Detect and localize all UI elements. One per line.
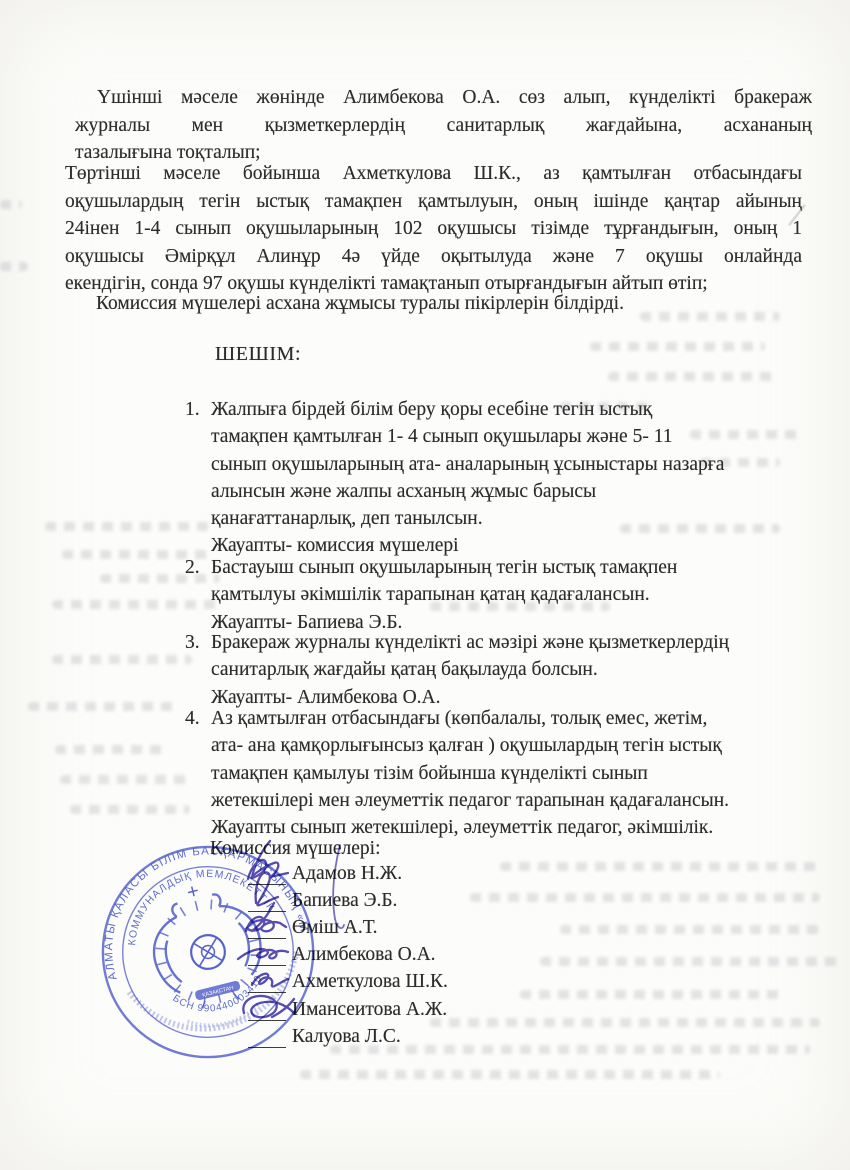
item-number: 4. — [185, 705, 209, 732]
paragraph-fourth-issue: Төртінші мәселе бойынша Ахметкулова Ш.К.… — [65, 160, 802, 298]
item-text: Бастауыш сынып оқушыларының тегін ыстық … — [211, 554, 775, 609]
bleed-through-smudge — [470, 893, 820, 902]
bleed-through-smudge — [55, 745, 165, 754]
bleed-through-smudge — [70, 805, 190, 814]
text-line: Төртінші мәселе бойынша Ахметкулова Ш.К.… — [65, 160, 802, 188]
bleed-through-smudge — [0, 262, 28, 271]
signature-omish — [246, 903, 286, 931]
bleed-through-smudge — [300, 1070, 720, 1079]
decision-item-3: 3. Бракераж журналы күнделікті ас мәзірі… — [185, 629, 775, 711]
bleed-through-smudge — [0, 200, 22, 209]
bleed-through-smudge — [590, 342, 765, 351]
signature-imanseitova — [243, 996, 294, 1017]
bleed-through-smudge — [500, 862, 820, 871]
bleed-through-smudge — [520, 990, 780, 999]
item-text: Аз қамтылған отбасындағы (көпбалалы, тол… — [211, 705, 775, 814]
signature-alimbekova — [238, 949, 288, 959]
bleed-through-smudge — [540, 957, 840, 966]
text-line: оқушылардың тегін ыстық тамақпен қамтылу… — [65, 188, 802, 216]
paragraph-third-issue: Үшінші мәселе жөнінде Алимбекова О.А. сө… — [75, 84, 812, 167]
bleed-through-smudge — [608, 372, 778, 381]
decision-item-1: 1. Жалпыға бірдей білім беру қоры есебін… — [185, 396, 775, 560]
handwritten-signatures — [190, 833, 420, 1053]
signature-flourish — [333, 845, 344, 928]
item-number: 1. — [185, 396, 209, 423]
signature-bapiyeva — [256, 872, 278, 905]
item-text: Жалпыға бірдей білім беру қоры есебіне т… — [211, 396, 775, 532]
text-line: журналы мен қызметкерлердің санитарлық ж… — [75, 112, 812, 140]
paragraph-commission-opinions: Комиссия мүшелері асхана жұмысы туралы п… — [96, 290, 816, 318]
signature-akhmetkulova — [252, 974, 288, 987]
item-number: 3. — [185, 629, 209, 656]
bleed-through-smudge — [60, 775, 190, 784]
decision-item-4: 4. Аз қамтылған отбасындағы (көпбалалы, … — [185, 705, 775, 841]
bleed-through-smudge — [52, 655, 192, 664]
text-line: 24інен 1-4 сынып оқушыларының 102 оқушыс… — [65, 215, 802, 243]
item-text: Бракераж журналы күнделікті ас мәзірі жә… — [211, 629, 775, 684]
decision-item-2: 2. Бастауыш сынып оқушыларының тегін ыст… — [185, 554, 775, 636]
text-line: Үшінші мәселе жөнінде Алимбекова О.А. сө… — [75, 84, 812, 112]
scanned-document-page: Үшінші мәселе жөнінде Алимбекова О.А. сө… — [0, 0, 850, 1170]
bleed-through-smudge — [28, 702, 178, 711]
text-line: оқушысы Әмірқұл Алинұр 4ә үйде оқытылуда… — [65, 243, 802, 271]
bleed-through-smudge — [430, 1018, 820, 1027]
bleed-through-smudge — [560, 925, 820, 934]
decision-heading: ШЕШІМ: — [215, 343, 301, 366]
item-number: 2. — [185, 554, 209, 581]
